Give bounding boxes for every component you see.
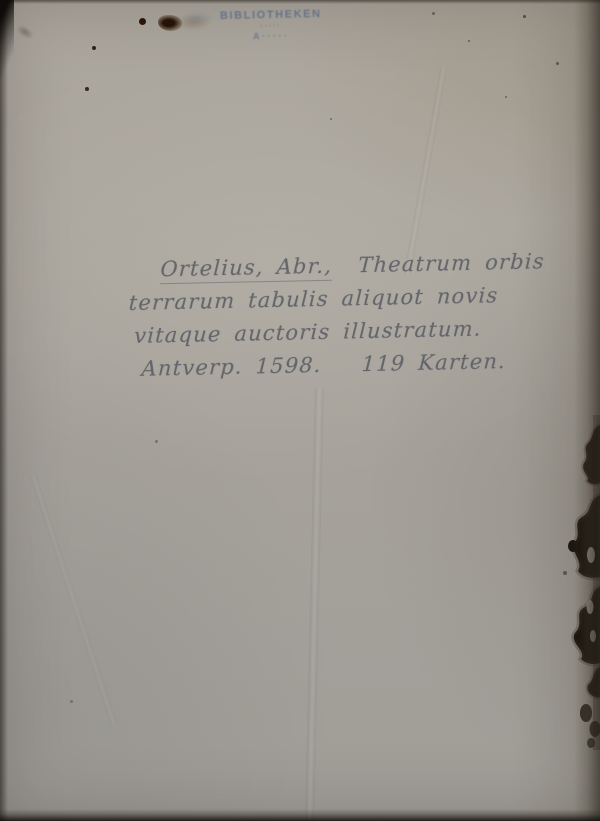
book-fore-edge-shadow — [574, 0, 600, 821]
foxing-spot — [139, 18, 146, 25]
photo-edge-left — [0, 0, 8, 821]
photo-of-book-flyleaf: BIBLIOTHEKEN ····· A····· Ortelius, Abr.… — [0, 0, 600, 821]
foxing-spot — [468, 40, 470, 42]
photo-edge-top — [0, 0, 600, 4]
spacer — [332, 272, 358, 273]
foxing-spot — [330, 118, 332, 120]
foxing-spot — [85, 87, 89, 91]
foxing-spot — [155, 440, 158, 443]
brown-stain-blob — [158, 15, 182, 31]
note-imprint: Antverp. 1598. — [141, 353, 322, 381]
foxing-spot — [70, 700, 73, 703]
note-extent: 119 Karten. — [361, 349, 506, 376]
photo-edge-bottom — [0, 809, 600, 821]
foxing-spot — [92, 46, 96, 50]
foxing-spot — [432, 12, 435, 15]
foxing-spot — [505, 96, 507, 98]
photo-corner-dark — [0, 0, 14, 80]
note-author: Ortelius, Abr., — [160, 254, 333, 285]
handwritten-note: Ortelius, Abr.,Theatrum orbis terrarum t… — [125, 246, 511, 386]
library-stamp: BIBLIOTHEKEN ····· A····· — [208, 7, 335, 44]
spacer — [321, 371, 361, 372]
